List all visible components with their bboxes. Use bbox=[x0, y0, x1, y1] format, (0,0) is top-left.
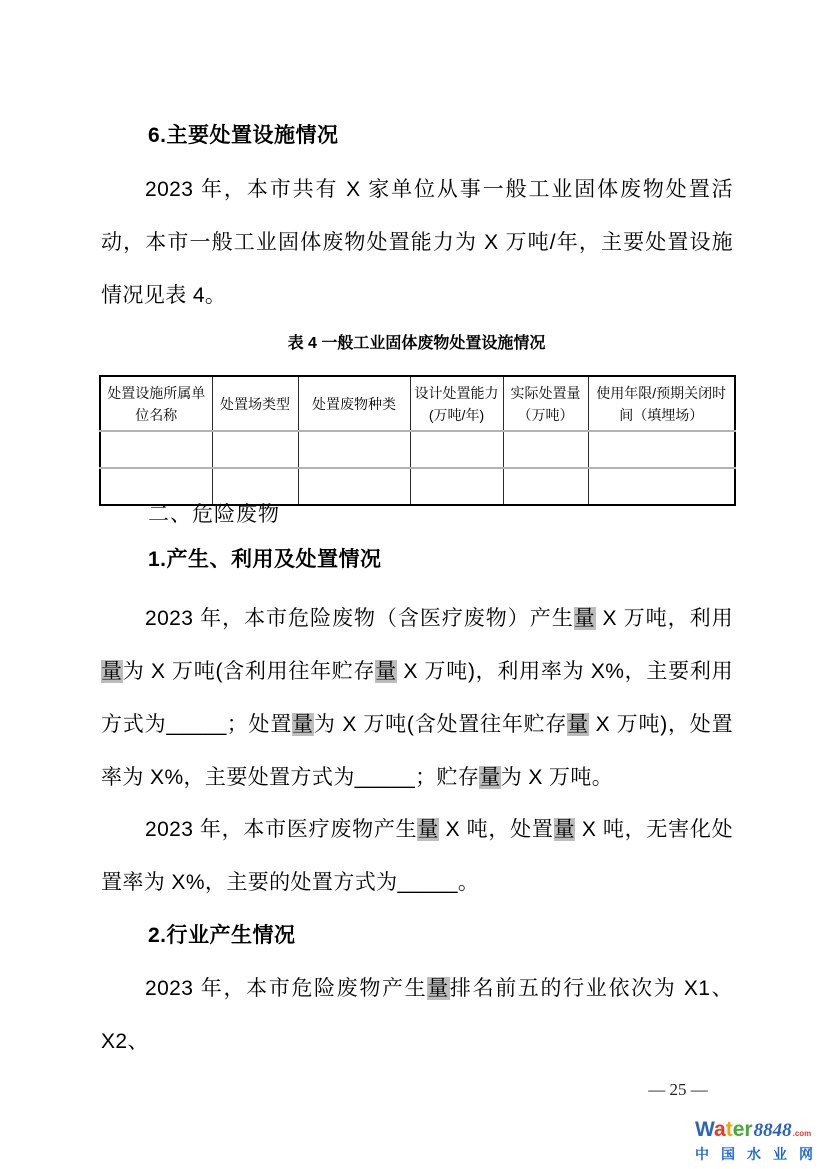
table-header-row: 处置设施所属单位名称 处置场类型 处置废物种类 设计处置能力(万吨/年) 实际处… bbox=[100, 376, 735, 431]
table-cell bbox=[298, 431, 410, 468]
logo-letter: e bbox=[733, 1118, 745, 1141]
heading-disposal-facilities: 6.主要处置设施情况 bbox=[148, 123, 339, 149]
logo-water-text: Water bbox=[695, 1119, 753, 1141]
table-cell bbox=[410, 431, 503, 468]
heading-industry-generation: 2.行业产生情况 bbox=[148, 923, 296, 949]
paragraph-medical-waste: 2023 年，本市医疗废物产生量 X 吨，处置量 X 吨，无害化处置率为 X%，… bbox=[101, 803, 733, 909]
table-header-cell: 处置设施所属单位名称 bbox=[100, 376, 212, 431]
logo-letter: r bbox=[744, 1118, 752, 1141]
heading-generation-utilization-disposal: 1.产生、利用及处置情况 bbox=[148, 547, 382, 573]
table-caption: 表 4 一般工业固体废物处置设施情况 bbox=[100, 330, 733, 358]
table-cell bbox=[588, 468, 735, 505]
table-cell bbox=[100, 468, 212, 505]
table-cell bbox=[212, 468, 298, 505]
table-cell bbox=[298, 468, 410, 505]
logo-chinese-text: 中国水业网 bbox=[695, 1146, 823, 1163]
table-cell bbox=[588, 431, 735, 468]
table-cell bbox=[503, 431, 588, 468]
page-number: — 25 — bbox=[628, 1080, 728, 1100]
watermark-logo: Water 8848 .com 中国水业网 bbox=[695, 1119, 823, 1163]
table-cell bbox=[212, 431, 298, 468]
table-header-cell: 设计处置能力(万吨/年) bbox=[410, 376, 503, 431]
paragraph-hazardous-overview: 2023 年，本市危险废物（含医疗废物）产生量 X 万吨，利用量为 X 万吨(含… bbox=[101, 592, 733, 804]
table-row bbox=[100, 468, 735, 505]
table-header-cell: 实际处置量（万吨） bbox=[503, 376, 588, 431]
facilities-table: 处置设施所属单位名称 处置场类型 处置废物种类 设计处置能力(万吨/年) 实际处… bbox=[99, 375, 736, 506]
document-page: 6.主要处置设施情况 2023 年，本市共有 X 家单位从事一般工业固体废物处置… bbox=[0, 0, 826, 1169]
table-header-cell: 处置废物种类 bbox=[298, 376, 410, 431]
table-cell bbox=[503, 468, 588, 505]
table-header-cell: 使用年限/预期关闭时间（填埋场） bbox=[588, 376, 735, 431]
section-title-hazardous-waste: 二、危险废物 bbox=[148, 502, 280, 527]
logo-letter: W bbox=[695, 1118, 714, 1141]
table-cell bbox=[100, 431, 212, 468]
paragraph-industry-ranking: 2023 年，本市危险废物产生量排名前五的行业依次为 X1、X2、 bbox=[101, 962, 733, 1068]
logo-letter: t bbox=[726, 1118, 733, 1141]
logo-com-text: .com bbox=[793, 1123, 812, 1145]
paragraph-facilities-overview: 2023 年，本市共有 X 家单位从事一般工业固体废物处置活动，本市一般工业固体… bbox=[101, 163, 733, 322]
logo-letter: a bbox=[714, 1118, 726, 1141]
table-header-cell: 处置场类型 bbox=[212, 376, 298, 431]
logo-8848-text: 8848 bbox=[754, 1120, 792, 1142]
logo-wordmark: Water 8848 .com bbox=[695, 1119, 823, 1145]
table-cell bbox=[410, 468, 503, 505]
table-row bbox=[100, 431, 735, 468]
